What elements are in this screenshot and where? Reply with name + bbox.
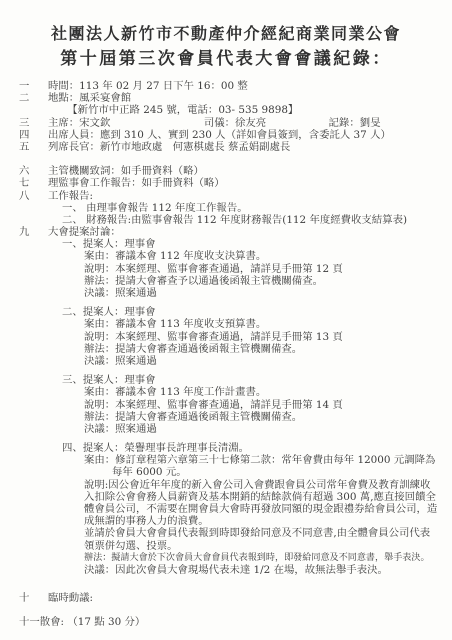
- document-line: 並請於會員大會會員代表報到時即發給同意及不同意書,由全體會員公司代表: [0, 527, 452, 539]
- document-line: 十一散會: （17 點 30 分）: [0, 616, 452, 628]
- blank-line: [0, 153, 452, 165]
- document-body: 一時間：113 年 02 月 27 日下午 16：00 整二地點：風采宴會館 【…: [0, 80, 452, 629]
- blank-line: [0, 435, 452, 442]
- document-line: 說明：本案經理、監事會審查通過，請詳見手冊第 12 頁: [0, 263, 452, 275]
- document-line: 九大會提案討論：: [0, 226, 452, 238]
- line-text: 散會: （17 點 30 分）: [40, 616, 146, 628]
- line-text: 大會提案討論：: [48, 226, 121, 238]
- line-text: 說明:因公會近年年度的新入會公司入會費跟會員公司常年會費及教育訓練收: [84, 479, 430, 491]
- line-text: 案由：審議本會 112 年度收支決算書。: [84, 250, 266, 262]
- line-text: 時間：113 年 02 月 27 日下午 16：00 整: [48, 80, 248, 92]
- document-line: 決議：照案通過: [0, 355, 452, 367]
- blank-line: [0, 604, 452, 616]
- line-text: 出席人員：應到 310 人、實到 230 人（詳如會員簽到，含委託人 37 人）: [48, 129, 391, 141]
- line-text: 臨時動議:: [48, 592, 93, 604]
- document-line: 決議：照案通過: [0, 287, 452, 299]
- document-title-line1: 社團法人新竹市不動產仲介經紀商業同業公會: [0, 22, 452, 45]
- line-text: 成無謂的事務人力的浪費。: [84, 515, 209, 527]
- line-text: 決議：因此次會員大會現場代表未達 1/2 在場，故無法舉手表決。: [84, 564, 388, 576]
- document-line: 領票併勾選、投票。: [0, 540, 452, 552]
- document-line: 說明：本案經理、監事會審查通過，請詳見手冊第 13 頁: [0, 331, 452, 343]
- line-text: 主管機關致詞：如手冊資料（略）: [48, 165, 204, 177]
- line-text: 三、提案人：理事會: [62, 374, 156, 386]
- blank-line: [0, 367, 452, 374]
- line-text: 【新竹市中正路 245 號，電話：03- 535 9898】: [62, 104, 298, 116]
- line-text: 二、 財務報告:由監事會報告 112 年度財務報告(112 年度經費收支結算表): [62, 214, 407, 226]
- document-line: 六主管機關致詞：如手冊資料（略）: [0, 165, 452, 177]
- line-text: 辦法：提請大會審查通過後函報主管機關備查。: [84, 343, 302, 355]
- line-text: 辦法：擬請大會於下次會員大會會員代表報到時，即發給同意及不同意書，舉手表決。: [84, 553, 430, 563]
- document-line: 四、提案人：榮譽理事長許理事長清淵。: [0, 442, 452, 454]
- line-text: 工作報告:: [48, 190, 93, 202]
- line-marker: 十: [19, 592, 48, 604]
- line-text: 一、 由理事會報告 112 年度工作報告。: [62, 202, 248, 214]
- line-text: 案由：審議本會 113 年度工作計畫書。: [84, 386, 266, 398]
- document-line: 案由：審議本會 113 年度工作計畫書。: [0, 386, 452, 398]
- blank-line: [0, 299, 452, 306]
- blank-line: [0, 576, 452, 592]
- line-text: 說明：本案經理、監事會審查通過，請詳見手冊第 14 頁: [84, 399, 343, 411]
- document-title-line2: 第十屆第三次會員代表大會會議紀錄：: [0, 48, 452, 71]
- line-text: 說明：本案經理、監事會審查通過，請詳見手冊第 12 頁: [84, 263, 343, 275]
- document-line: 入扣除公會會務人員薪資及基本開銷的結餘款倘有超過 300 萬,應直接回饋全: [0, 491, 452, 503]
- line-text: 案由：修訂章程第六章第三十七條第二款：常年會費由每年 12000 元調降為: [84, 454, 435, 466]
- line-text: 說明：本案經理、監事會審查通過，請詳見手冊第 13 頁: [84, 331, 343, 343]
- line-text: 地點：風采宴會館: [48, 92, 131, 104]
- line-text: 二、提案人：理事會: [62, 306, 156, 318]
- document-line: 決議：照案通過: [0, 423, 452, 435]
- line-text: 辦法：提請大會審查通過後函報主管機關備查。: [84, 411, 302, 423]
- line-marker: 一: [19, 80, 48, 92]
- document-line: 一、 由理事會報告 112 年度工作報告。: [0, 202, 452, 214]
- document-page: 社團法人新竹市不動產仲介經紀商業同業公會 第十屆第三次會員代表大會會議紀錄： 一…: [0, 0, 452, 640]
- line-text: 每年 6000 元。: [112, 466, 187, 478]
- document-line: 辦法：提請大會審查予以通過後函報主管機關備查。: [0, 275, 452, 287]
- line-marker: 七: [19, 177, 48, 189]
- line-text: 並請於會員大會會員代表報到時即發給同意及不同意書,由全體會員公司代表: [84, 527, 430, 539]
- document-line: 說明：本案經理、監事會審查通過，請詳見手冊第 14 頁: [0, 399, 452, 411]
- line-text: 主席：宋文欽 司儀：徐友亮 記錄：劉旻: [48, 117, 381, 129]
- line-text: 一、提案人：理事會: [62, 238, 156, 250]
- line-marker: 五: [19, 141, 48, 153]
- document-line: 案由：修訂章程第六章第三十七條第二款：常年會費由每年 12000 元調降為: [0, 454, 452, 466]
- line-marker: 三: [19, 117, 48, 129]
- document-line: 三主席：宋文欽 司儀：徐友亮 記錄：劉旻: [0, 117, 452, 129]
- document-line: 二、提案人：理事會: [0, 306, 452, 318]
- line-text: 體會員公司，不需要在開會員大會時再發放同額的現金跟禮券給會員公司，造: [84, 503, 437, 515]
- line-text: 決議：照案通過: [84, 355, 157, 367]
- document-line: 案由：審議本會 112 年度收支決算書。: [0, 250, 452, 262]
- document-line: 二、 財務報告:由監事會報告 112 年度財務報告(112 年度經費收支結算表): [0, 214, 452, 226]
- document-header: 社團法人新竹市不動產仲介經紀商業同業公會 第十屆第三次會員代表大會會議紀錄：: [0, 0, 452, 71]
- line-marker: 二: [19, 92, 48, 104]
- document-line: 辦法：提請大會審查通過後函報主管機關備查。: [0, 411, 452, 423]
- document-line: 決議：因此次會員大會現場代表未達 1/2 在場，故無法舉手表決。: [0, 564, 452, 576]
- line-text: 案由：審議本會 113 年度收支預算書。: [84, 318, 266, 330]
- document-line: 一時間：113 年 02 月 27 日下午 16：00 整: [0, 80, 452, 92]
- line-text: 四、提案人：榮譽理事長許理事長清淵。: [62, 442, 249, 454]
- document-line: 一、提案人：理事會: [0, 238, 452, 250]
- line-text: 理監事會工作報告：如手冊資料（略）: [48, 177, 225, 189]
- line-text: 辦法：提請大會審查予以通過後函報主管機關備查。: [84, 275, 323, 287]
- document-line: 十臨時動議:: [0, 592, 452, 604]
- line-text: 決議：照案通過: [84, 423, 157, 435]
- line-text: 領票併勾選、投票。: [84, 540, 178, 552]
- document-line: 三、提案人：理事會: [0, 374, 452, 386]
- document-line: 說明:因公會近年年度的新入會公司入會費跟會員公司常年會費及教育訓練收: [0, 479, 452, 491]
- document-line: 七理監事會工作報告：如手冊資料（略）: [0, 177, 452, 189]
- line-marker: 九: [19, 226, 48, 238]
- document-line: 五列席長官：新竹市地政處 何憲棋處長 蔡孟娟副處長: [0, 141, 452, 153]
- document-line: 成無謂的事務人力的浪費。: [0, 515, 452, 527]
- document-line: 體會員公司，不需要在開會員大會時再發放同額的現金跟禮券給會員公司，造: [0, 503, 452, 515]
- line-marker: 六: [19, 165, 48, 177]
- line-text: 入扣除公會會務人員薪資及基本開銷的結餘款倘有超過 300 萬,應直接回饋全: [84, 491, 436, 503]
- line-marker: 四: [19, 129, 48, 141]
- document-line: 辦法：擬請大會於下次會員大會會員代表報到時，即發給同意及不同意書，舉手表決。: [0, 552, 452, 564]
- document-line: 辦法：提請大會審查通過後函報主管機關備查。: [0, 343, 452, 355]
- document-line: 二地點：風采宴會館: [0, 92, 452, 104]
- line-marker: 十一: [19, 616, 40, 628]
- line-text: 決議：照案通過: [84, 287, 157, 299]
- document-line: 【新竹市中正路 245 號，電話：03- 535 9898】: [0, 104, 452, 116]
- document-line: 八工作報告:: [0, 190, 452, 202]
- document-line: 四出席人員：應到 310 人、實到 230 人（詳如會員簽到，含委託人 37 人…: [0, 129, 452, 141]
- document-line: 每年 6000 元。: [0, 466, 452, 478]
- document-line: 案由：審議本會 113 年度收支預算書。: [0, 318, 452, 330]
- line-text: 列席長官：新竹市地政處 何憲棋處長 蔡孟娟副處長: [48, 141, 290, 153]
- line-marker: 八: [19, 190, 48, 202]
